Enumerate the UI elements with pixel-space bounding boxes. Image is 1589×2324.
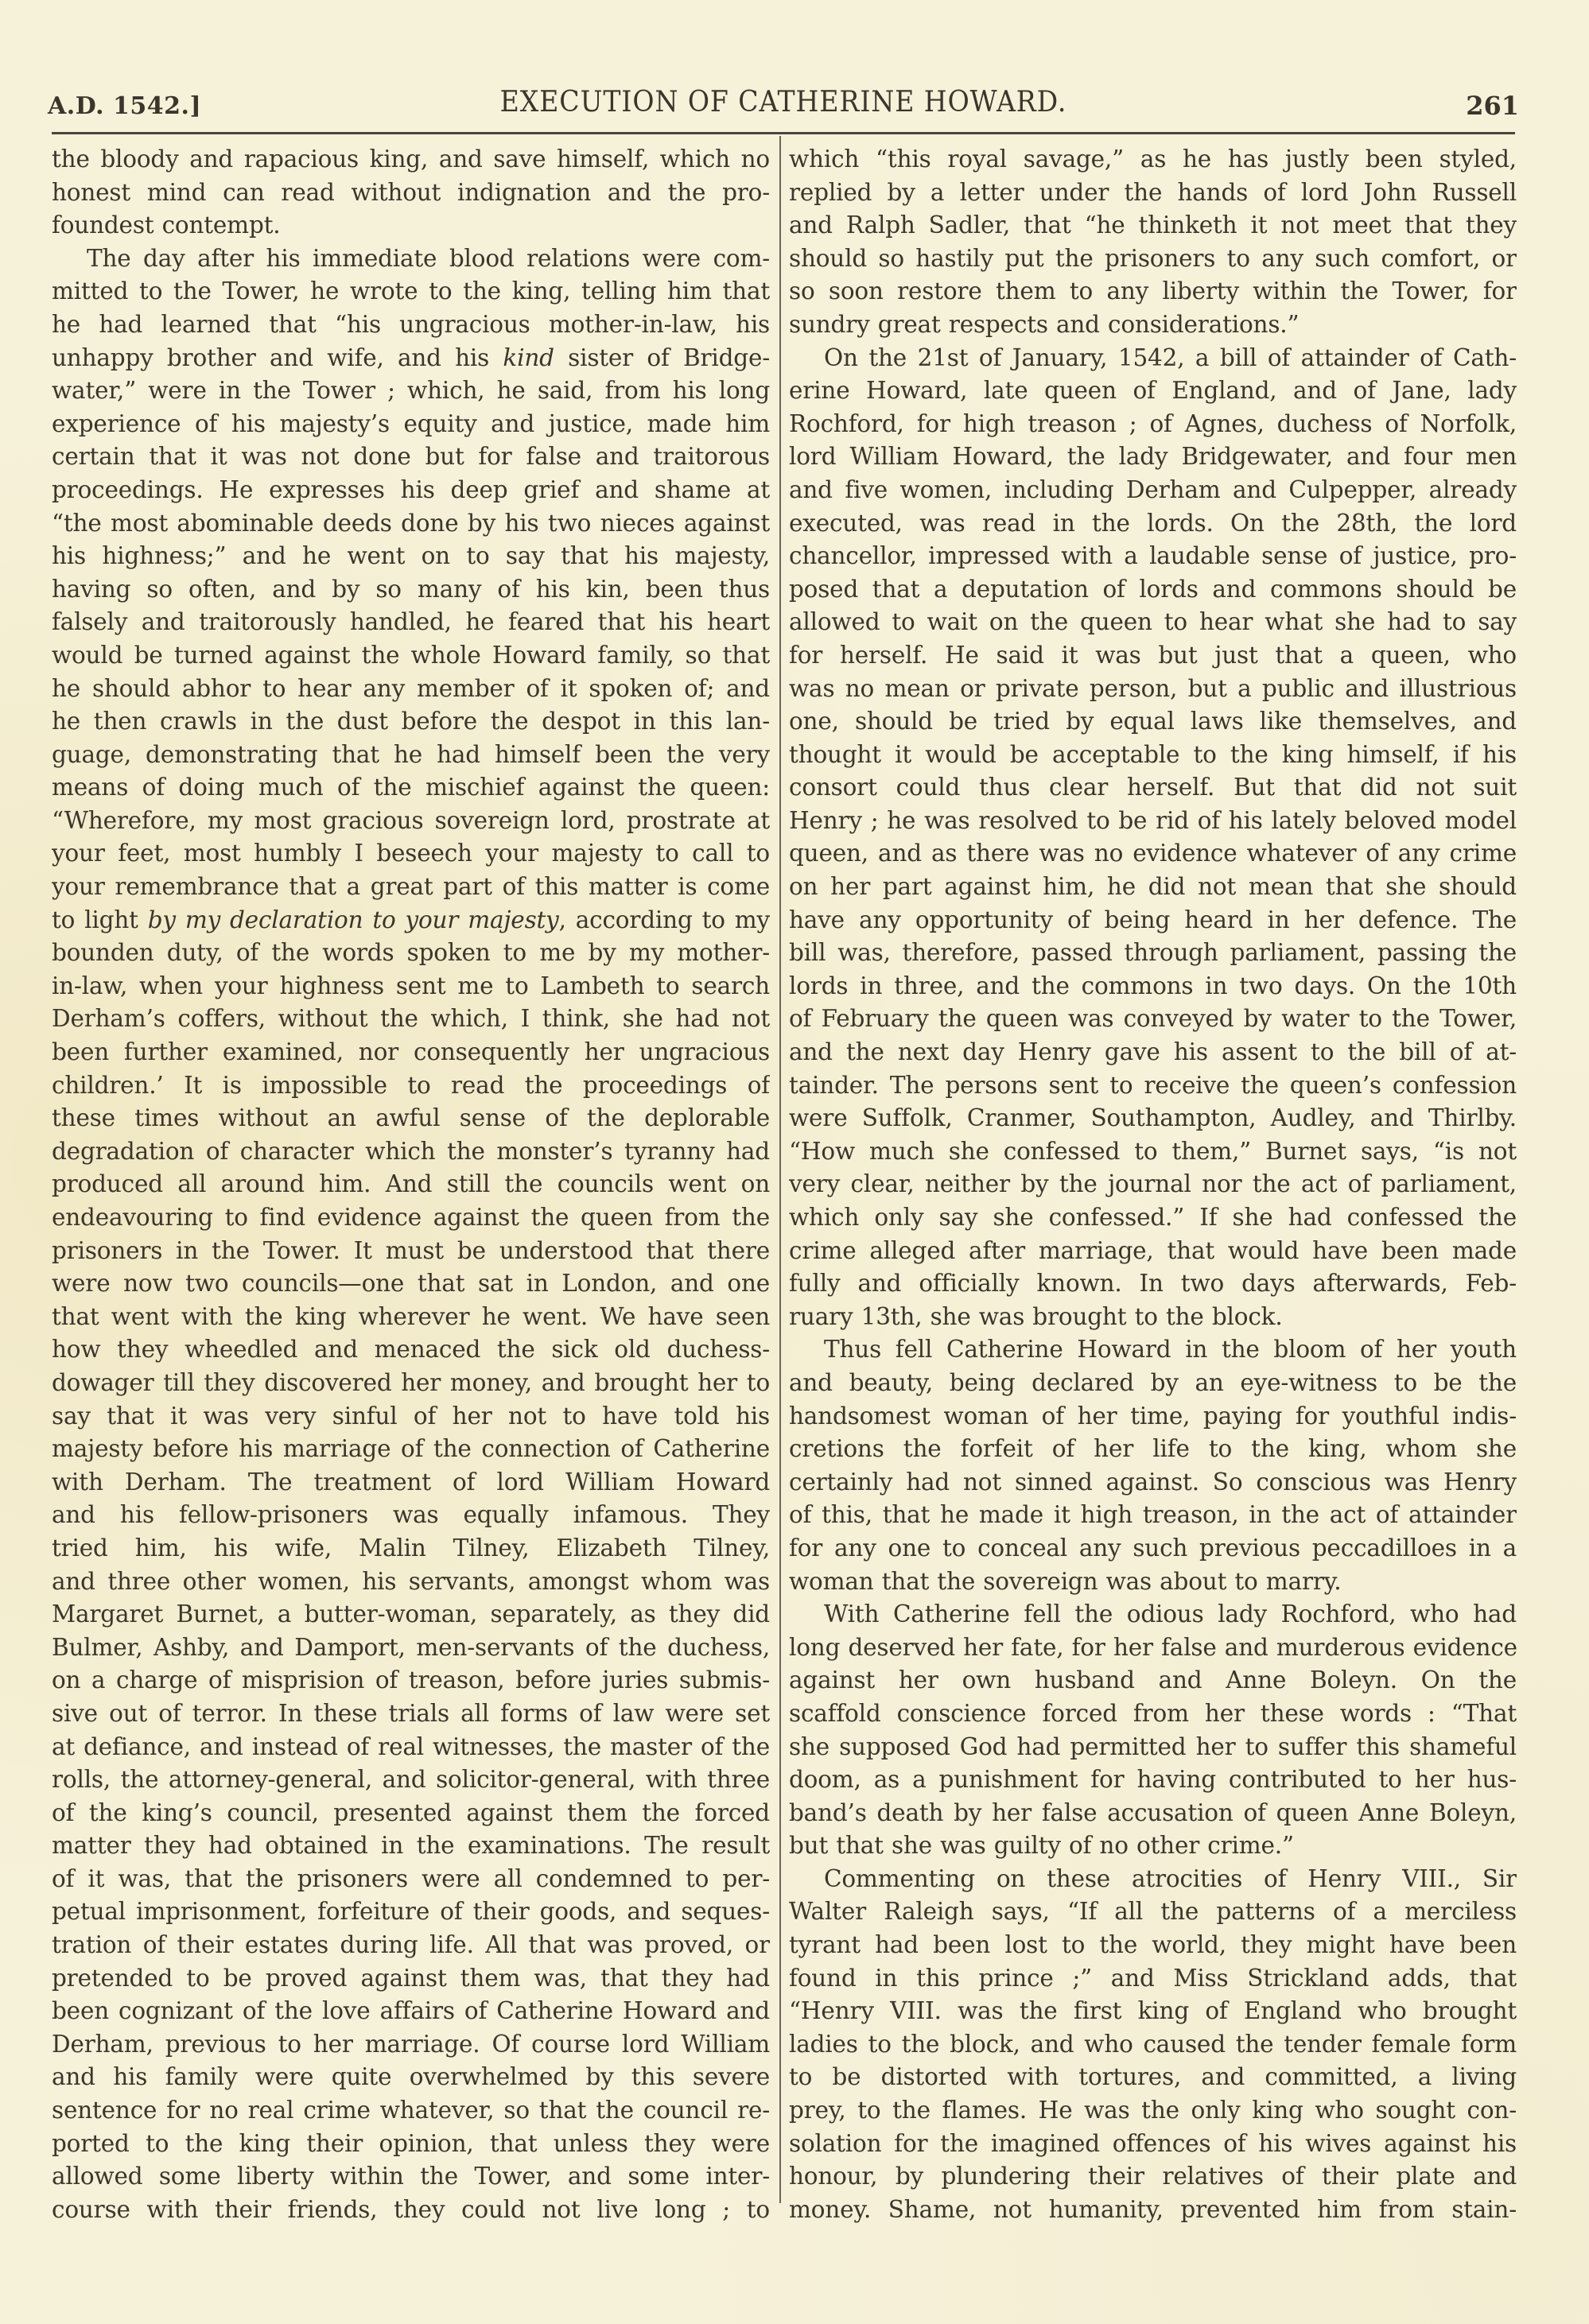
text-line: and his fellow-prisoners was equally inf…: [52, 1499, 770, 1532]
text-line: endeavouring to find evidence against th…: [52, 1201, 770, 1235]
text-line: cretions the forfeit of her life to the …: [789, 1433, 1517, 1466]
text-line: bill was, therefore, passed through parl…: [789, 937, 1517, 970]
text-line: Margaret Burnet, a butter-woman, separat…: [52, 1598, 770, 1631]
text-line: erine Howard, late queen of England, and…: [789, 374, 1517, 408]
text-line: falsely and traitorously handled, he fea…: [52, 606, 770, 639]
text-line: Commenting on these atrocities of Henry …: [789, 1863, 1517, 1896]
text-line: chancellor, impressed with a laudable se…: [789, 540, 1517, 573]
text-line: allowed to wait on the queen to hear wha…: [789, 606, 1517, 639]
text-line: proceedings. He expresses his deep grief…: [52, 474, 770, 507]
text-line: prisoners in the Tower. It must be under…: [52, 1235, 770, 1268]
text-line: of February the queen was conveyed by wa…: [789, 1003, 1517, 1036]
text-line: Bulmer, Ashby, and Damport, men-servants…: [52, 1631, 770, 1665]
text-line: your remembrance that a great part of th…: [52, 871, 770, 904]
running-head: A.D. 1542.] EXECUTION OF CATHERINE HOWAR…: [48, 86, 1519, 126]
text-line: experience of his majesty’s equity and j…: [52, 408, 770, 441]
running-head-title: EXECUTION OF CATHERINE HOWARD.: [107, 86, 1460, 118]
text-line: “How much she confessed to them,” Burnet…: [789, 1135, 1517, 1169]
text-line: with Derham. The treatment of lord Willi…: [52, 1466, 770, 1500]
text-line: and his family were quite overwhelmed by…: [52, 2061, 770, 2094]
text-line: long deserved her fate, for her false an…: [789, 1631, 1517, 1665]
text-line: one, should be tried by equal laws like …: [789, 705, 1517, 739]
text-line: of it was, that the prisoners were all c…: [52, 1863, 770, 1896]
text-line: at defiance, and instead of real witness…: [52, 1731, 770, 1764]
text-line: “Henry VIII. was the first king of Engla…: [789, 1995, 1517, 2028]
text-line: of the king’s council, presented against…: [52, 1797, 770, 1830]
text-line: scaffold conscience forced from her thes…: [789, 1697, 1517, 1731]
text-line: of this, that he made it high treason, i…: [789, 1499, 1517, 1532]
text-line: lord William Howard, the lady Bridgewate…: [789, 440, 1517, 474]
text-line: dowager till they discovered her money, …: [52, 1367, 770, 1400]
text-line: woman that the sovereign was about to ma…: [789, 1565, 1517, 1599]
text-line: and five women, including Derham and Cul…: [789, 474, 1517, 507]
text-line: to light by my declaration to your majes…: [52, 904, 770, 937]
text-line: fully and officially known. In two days …: [789, 1267, 1517, 1301]
text-line: sentence for no real crime whatever, so …: [52, 2094, 770, 2128]
text-line: which only say she confessed.” If she ha…: [789, 1201, 1517, 1235]
text-line: so soon restore them to any liberty with…: [789, 275, 1517, 308]
text-line: would be turned against the whole Howard…: [52, 639, 770, 673]
text-line: were Suffolk, Cranmer, Southampton, Audl…: [789, 1102, 1517, 1135]
column-divider: [779, 136, 781, 2203]
text-line: bounden duty, of the words spoken to me …: [52, 937, 770, 970]
text-line: having so often, and by so many of his k…: [52, 573, 770, 607]
text-line: tried him, his wife, Malin Tilney, Eliza…: [52, 1532, 770, 1565]
text-line: found in this prince ;” and Miss Strickl…: [789, 1962, 1517, 1996]
text-line: Walter Raleigh says, “If all the pattern…: [789, 1895, 1517, 1929]
text-line: sundry great respects and considerations…: [789, 308, 1517, 342]
text-line: pretended to be proved against them was,…: [52, 1962, 770, 1996]
text-line: ported to the king their opinion, that u…: [52, 2128, 770, 2161]
text-line: Henry ; he was resolved to be rid of his…: [789, 805, 1517, 838]
text-line: been further examined, nor consequently …: [52, 1036, 770, 1069]
text-line: his highness;” and he went on to say tha…: [52, 540, 770, 573]
text-line: handsomest woman of her time, paying for…: [789, 1400, 1517, 1434]
text-line: band’s death by her false accusation of …: [789, 1797, 1517, 1830]
text-line: guage, demonstrating that he had himself…: [52, 739, 770, 772]
text-line: means of doing much of the mischief agai…: [52, 771, 770, 805]
text-line: lords in three, and the commons in two d…: [789, 970, 1517, 1003]
text-line: matter they had obtained in the examinat…: [52, 1829, 770, 1863]
text-line: solation for the imagined offences of hi…: [789, 2128, 1517, 2161]
page-number: 261: [1466, 91, 1519, 121]
text-line: was no mean or private person, but a pub…: [789, 673, 1517, 706]
text-line: Derham, previous to her marriage. Of cou…: [52, 2028, 770, 2062]
text-line: executed, was read in the lords. On the …: [789, 507, 1517, 541]
text-line: were now two councils—one that sat in Lo…: [52, 1267, 770, 1301]
text-line: against her own husband and Anne Boleyn.…: [789, 1664, 1517, 1697]
text-line: tainder. The persons sent to receive the…: [789, 1069, 1517, 1103]
text-line: “the most abominable deeds done by his t…: [52, 507, 770, 541]
text-line: crime alleged after marriage, that would…: [789, 1235, 1517, 1268]
text-line: sive out of terror. In these trials all …: [52, 1697, 770, 1731]
text-line: on a charge of misprision of treason, be…: [52, 1664, 770, 1697]
text-line: produced all around him. And still the c…: [52, 1168, 770, 1201]
text-line: mitted to the Tower, he wrote to the kin…: [52, 275, 770, 308]
text-line: posed that a deputation of lords and com…: [789, 573, 1517, 607]
text-line: “Wherefore, my most gracious sovereign l…: [52, 805, 770, 838]
text-line: very clear, neither by the journal nor t…: [789, 1168, 1517, 1201]
text-line: consort could thus clear herself. But th…: [789, 771, 1517, 805]
text-line: money. Shame, not humanity, prevented hi…: [789, 2194, 1517, 2227]
text-line: which “this royal savage,” as he has jus…: [789, 143, 1517, 177]
text-line: replied by a letter under the hands of l…: [789, 177, 1517, 210]
text-line: allowed some liberty within the Tower, a…: [52, 2160, 770, 2194]
text-line: for any one to conceal any such previous…: [789, 1532, 1517, 1565]
text-line: On the 21st of January, 1542, a bill of …: [789, 342, 1517, 375]
text-line: course with their friends, they could no…: [52, 2194, 770, 2227]
text-line: Rochford, for high treason ; of Agnes, d…: [789, 408, 1517, 441]
text-line: Thus fell Catherine Howard in the bloom …: [789, 1333, 1517, 1367]
text-line: but that she was guilty of no other crim…: [789, 1829, 1517, 1863]
text-line: majesty before his marriage of the conne…: [52, 1433, 770, 1466]
text-line: should so hastily put the prisoners to a…: [789, 242, 1517, 276]
text-line: he had learned that “his ungracious moth…: [52, 308, 770, 342]
text-line: tration of their estates during life. Al…: [52, 1929, 770, 1962]
text-line: that went with the king wherever he went…: [52, 1301, 770, 1334]
text-line: he then crawls in the dust before the de…: [52, 705, 770, 739]
text-line: certainly had not sinned against. So con…: [789, 1466, 1517, 1500]
text-line: your feet, most humbly I beseech your ma…: [52, 837, 770, 871]
text-line: foundest contempt.: [52, 209, 770, 242]
text-line: Derham’s coffers, without the which, I t…: [52, 1003, 770, 1036]
text-line: how they wheedled and menaced the sick o…: [52, 1333, 770, 1367]
text-line: to be distorted with tortures, and commi…: [789, 2061, 1517, 2094]
text-line: With Catherine fell the odious lady Roch…: [789, 1598, 1517, 1631]
text-line: these times without an awful sense of th…: [52, 1102, 770, 1135]
text-line: say that it was very sinful of her not t…: [52, 1400, 770, 1434]
text-line: and three other women, his servants, amo…: [52, 1565, 770, 1599]
text-line: The day after his immediate blood relati…: [52, 242, 770, 276]
text-line: degradation of character which the monst…: [52, 1135, 770, 1169]
text-line: rolls, the attorney-general, and solicit…: [52, 1763, 770, 1797]
text-line: doom, as a punishment for having contrib…: [789, 1763, 1517, 1797]
text-line: ladies to the block, and who caused the …: [789, 2028, 1517, 2062]
text-line: honest mind can read without indignation…: [52, 177, 770, 210]
text-line: certain that it was not done but for fal…: [52, 440, 770, 474]
text-line: in-law, when your highness sent me to La…: [52, 970, 770, 1003]
text-line: have any opportunity of being heard in h…: [789, 904, 1517, 937]
text-line: petual imprisonment, forfeiture of their…: [52, 1895, 770, 1929]
text-line: queen, and as there was no evidence what…: [789, 837, 1517, 871]
text-line: children.’ It is impossible to read the …: [52, 1069, 770, 1103]
text-line: ruary 13th, she was brought to the block…: [789, 1301, 1517, 1334]
text-line: and the next day Henry gave his assent t…: [789, 1036, 1517, 1069]
text-line: for herself. He said it was but just tha…: [789, 639, 1517, 673]
text-line: thought it would be acceptable to the ki…: [789, 739, 1517, 772]
text-line: she supposed God had permitted her to su…: [789, 1731, 1517, 1764]
text-line: unhappy brother and wife, and his kind s…: [52, 342, 770, 375]
text-line: prey, to the flames. He was the only kin…: [789, 2094, 1517, 2128]
text-line: he should abhor to hear any member of it…: [52, 673, 770, 706]
text-line: honour, by plundering their relatives of…: [789, 2160, 1517, 2194]
text-line: water,” were in the Tower ; which, he sa…: [52, 374, 770, 408]
text-line: been cognizant of the love affairs of Ca…: [52, 1995, 770, 2028]
text-line: on her part against him, he did not mean…: [789, 871, 1517, 904]
right-column: which “this royal savage,” as he has jus…: [789, 143, 1517, 2226]
text-line: tyrant had been lost to the world, they …: [789, 1929, 1517, 1962]
text-line: and Ralph Sadler, that “he thinketh it n…: [789, 209, 1517, 242]
text-line: the bloody and rapacious king, and save …: [52, 143, 770, 177]
text-line: and beauty, being declared by an eye-wit…: [789, 1367, 1517, 1400]
left-column: the bloody and rapacious king, and save …: [52, 143, 770, 2226]
header-rule: [52, 132, 1515, 134]
